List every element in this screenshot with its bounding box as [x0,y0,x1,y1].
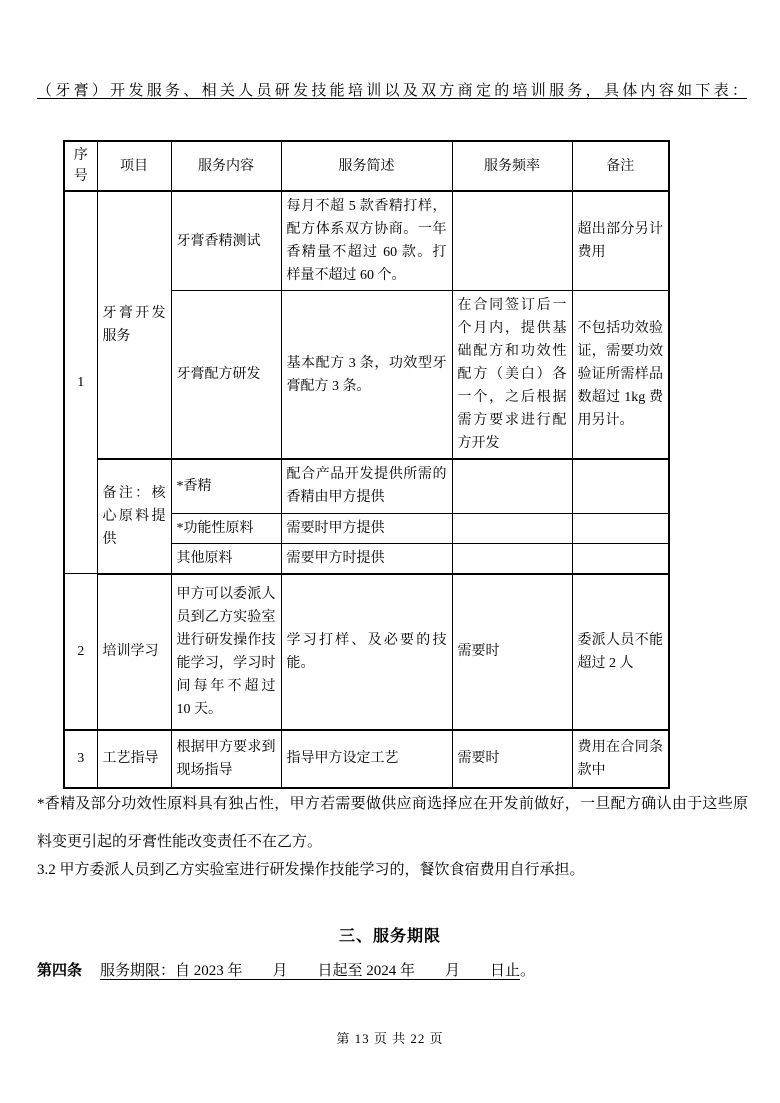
section-heading: 三、服务期限 [0,923,780,946]
cell-desc-other: 需要甲方时提供 [281,543,452,574]
column-header-item: 项目 [97,141,171,191]
cell-seq-2: 2 [64,574,97,730]
cell-note-formula-dev: 不包括功效验证，需要功效验证所需样品数超过 1kg 费用另计。 [572,291,669,460]
cell-freq-formula-dev: 在合同签订后一个月内，提供基础配方和功效性配方（美白）各一个，之后根据需方要求进… [452,291,572,460]
table-row: 3 工艺指导 根据甲方要求到现场指导 指导甲方设定工艺 需要时 费用在合同条款中 [64,730,669,788]
page-number: 第 13 页 共 22 页 [0,1028,780,1047]
cell-desc-process: 指导甲方设定工艺 [281,730,452,788]
cell-content-flavor: *香精 [171,459,281,513]
cell-item-process: 工艺指导 [97,730,171,788]
column-header-freq: 服务频率 [452,141,572,191]
cell-content-functional: *功能性原料 [171,513,281,543]
cell-freq-empty [452,543,572,574]
clause-3-2: 3.2 甲方委派人员到乙方实验室进行研发操作技能学习的，餐饮食宿费用自行承担。 [37,851,748,889]
cell-desc-flavor-test: 每月不超 5 款香精打样，配方体系双方协商。一年香精量不超过 60 款。打样量不… [281,191,452,291]
cell-freq-empty [452,459,572,513]
cell-freq-training: 需要时 [452,574,572,730]
cell-desc-flavor: 配合产品开发提供所需的香精由甲方提供 [281,459,452,513]
cell-content-process: 根据甲方要求到现场指导 [171,730,281,788]
cell-seq-3: 3 [64,730,97,788]
cell-item-training: 培训学习 [97,574,171,730]
cell-freq-empty [452,513,572,543]
column-header-note: 备注 [572,141,669,191]
cell-content-flavor-test: 牙膏香精测试 [171,191,281,291]
table-row: 1 牙膏开发服务 牙膏香精测试 每月不超 5 款香精打样，配方体系双方协商。一年… [64,191,669,291]
cell-note-process: 费用在合同条款中 [572,730,669,788]
intro-line: （牙膏）开发服务、相关人员研发技能培训以及双方商定的培训服务，具体内容如下表： [37,79,747,103]
cell-note-empty [572,543,669,574]
table-row: 2 培训学习 甲方可以委派人员到乙方实验室进行研发操作技能学习，学习时间每年不超… [64,574,669,730]
cell-content-other: 其他原料 [171,543,281,574]
cell-note-training: 委派人员不能超过 2 人 [572,574,669,730]
clause-4-label: 第四条 [37,963,82,979]
cell-note-empty [572,513,669,543]
document-page: （牙膏）开发服务、相关人员研发技能培训以及双方商定的培训服务，具体内容如下表： … [0,0,780,1103]
service-table: 序号 项目 服务内容 服务简述 服务频率 备注 1 牙膏开发服务 牙膏香精测试 … [63,140,670,789]
cell-freq-process: 需要时 [452,730,572,788]
cell-content-formula-dev: 牙膏配方研发 [171,291,281,460]
clause-4-period: 。 [520,963,535,979]
cell-seq-1: 1 [64,191,97,574]
intro-text: （牙膏）开发服务、相关人员研发技能培训以及双方商定的培训服务，具体内容如下表： [37,83,747,99]
column-header-desc: 服务简述 [281,141,452,191]
clause-4-line: 第四条服务期限：自 2023 年 月 日起至 2024 年 月 日止。 [37,958,748,984]
cell-note-empty [572,459,669,513]
cell-item-dev: 牙膏开发服务 [97,191,171,459]
clause-4-text: 服务期限：自 2023 年 月 日起至 2024 年 月 日止 [100,963,520,979]
cell-note-flavor-test: 超出部分另计费用 [572,191,669,291]
column-header-content: 服务内容 [171,141,281,191]
column-header-seq: 序号 [64,141,97,191]
cell-desc-functional: 需要时甲方提供 [281,513,452,543]
cell-desc-formula-dev: 基本配方 3 条，功效型牙膏配方 3 条。 [281,291,452,460]
table-row: 备注：核心原料提供 *香精 配合产品开发提供所需的香精由甲方提供 [64,459,669,513]
cell-item-material: 备注：核心原料提供 [97,459,171,574]
footnote-exclusivity: *香精及部分功效性原料具有独占性，甲方若需要做供应商选择应在开发前做好，一旦配方… [37,785,748,861]
table-header-row: 序号 项目 服务内容 服务简述 服务频率 备注 [64,141,669,191]
cell-content-training: 甲方可以委派人员到乙方实验室进行研发操作技能学习，学习时间每年不超过 10 天。 [171,574,281,730]
cell-freq-empty [452,191,572,291]
cell-desc-training: 学习打样、及必要的技能。 [281,574,452,730]
